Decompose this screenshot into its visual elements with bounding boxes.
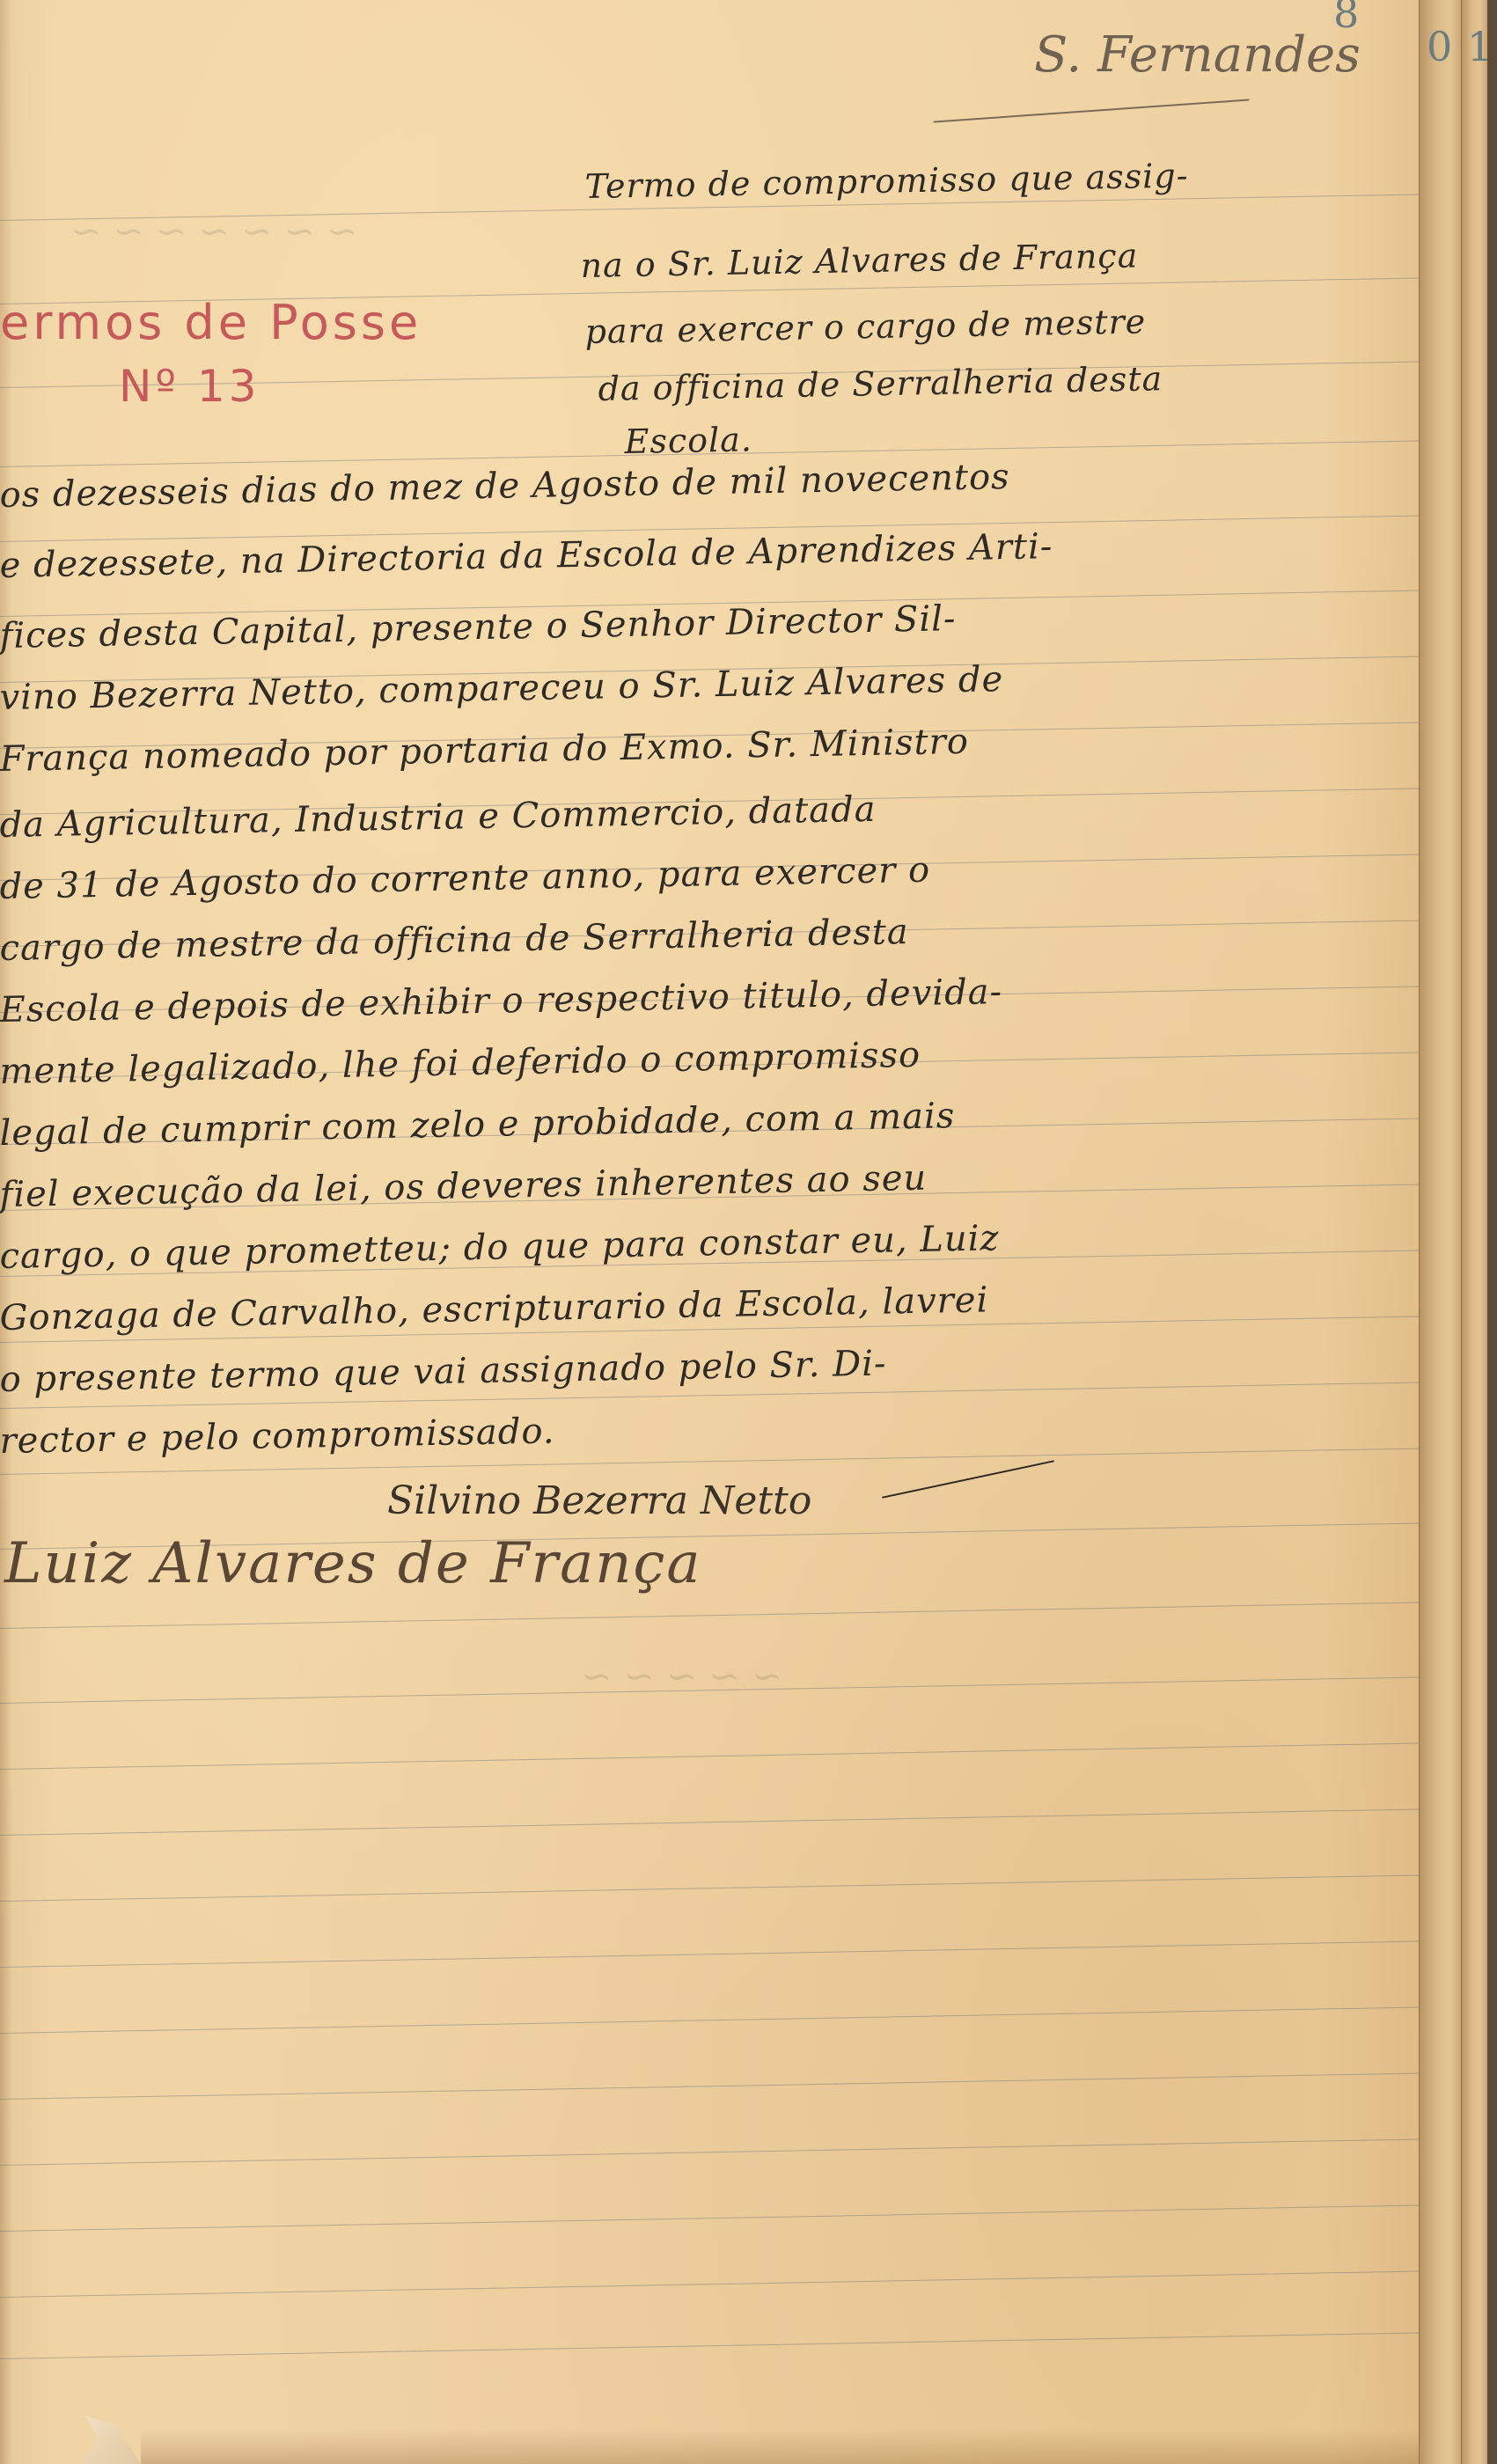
- ledger-page: ~ ~ ~ ~ ~ ~ ~ ~ ~ ~ ~ ~ 8 S. Fernandes e…: [0, 0, 1457, 2464]
- rule-line: [0, 1874, 1426, 1902]
- heading-line: Termo de compromisso que assig-: [584, 156, 1189, 206]
- body-line: legal de cumprir com zelo e probidade, c…: [0, 1096, 956, 1154]
- rule-line: [0, 2332, 1426, 2359]
- body-line: rector e pelo compromissado.: [0, 1411, 555, 1462]
- body-line: Gonzaga de Carvalho, escripturario da Es…: [0, 1280, 989, 1338]
- book-binding-edge: [1487, 0, 1497, 2464]
- page-bottom-edge: [141, 2429, 1457, 2464]
- rule-line: [0, 2006, 1426, 2034]
- heading-line: para exercer o cargo de mestre: [584, 302, 1146, 351]
- rule-line: [0, 1602, 1426, 1629]
- adjacent-page-edge: 1: [1461, 0, 1488, 2464]
- margin-annotation-number: Nº 13: [119, 361, 260, 412]
- body-line: os dezesseis dias do mez de Agosto de mi…: [0, 457, 1010, 516]
- rule-line: [0, 2270, 1426, 2298]
- heading-line: na o Sr. Luiz Alvares de França: [580, 236, 1138, 285]
- appointee-signature: Luiz Alvares de França: [4, 1531, 701, 1596]
- body-line: da Agricultura, Industria e Commercio, d…: [0, 789, 877, 846]
- body-line: de 31 de Agosto do corrente anno, para e…: [0, 850, 930, 907]
- adjacent-page-number: 0: [1427, 26, 1452, 67]
- body-line: França nomeado por portaria do Exmo. Sr.…: [0, 722, 969, 780]
- body-line: e dezessete, na Directoria da Escola de …: [0, 526, 1053, 586]
- body-line: cargo, o que prometteu; do que para cons…: [0, 1218, 1000, 1277]
- body-line: Escola e depois de exhibir o respectivo …: [0, 972, 1002, 1030]
- rule-line: [0, 1742, 1426, 1770]
- page-tear: [79, 2416, 141, 2464]
- adjacent-page-edge: 0: [1419, 0, 1464, 2464]
- body-line: o presente termo que vai assignado pelo …: [0, 1344, 887, 1400]
- body-line: vino Bezerra Netto, compareceu o Sr. Lui…: [0, 659, 1004, 718]
- signature-flourish: [933, 99, 1249, 122]
- bleed-through-text: ~ ~ ~ ~ ~ ~ ~: [70, 209, 357, 253]
- signature-flourish: [882, 1460, 1054, 1499]
- margin-annotation-title: ermos de Posse: [0, 295, 422, 350]
- body-line: cargo de mestre da officina de Serralher…: [0, 912, 909, 969]
- rule-line: [0, 2138, 1426, 2166]
- body-line: fices desta Capital, presente o Senhor D…: [0, 598, 957, 656]
- rule-line: [0, 2072, 1426, 2100]
- rule-line: [0, 1940, 1426, 1968]
- body-line: mente legalizado, lhe foi deferido o com…: [0, 1035, 921, 1092]
- rule-line: [0, 1808, 1426, 1836]
- top-signature: S. Fernandes: [1034, 26, 1361, 84]
- heading-line: Escola.: [624, 420, 752, 461]
- bleed-through-text: ~ ~ ~ ~ ~: [581, 1654, 782, 1698]
- body-line: fiel execução da lei, os deveres inheren…: [0, 1158, 928, 1215]
- director-signature: Silvino Bezerra Netto: [387, 1478, 811, 1523]
- heading-line: da officina de Serralheria desta: [598, 359, 1163, 408]
- rule-line: [0, 2204, 1426, 2232]
